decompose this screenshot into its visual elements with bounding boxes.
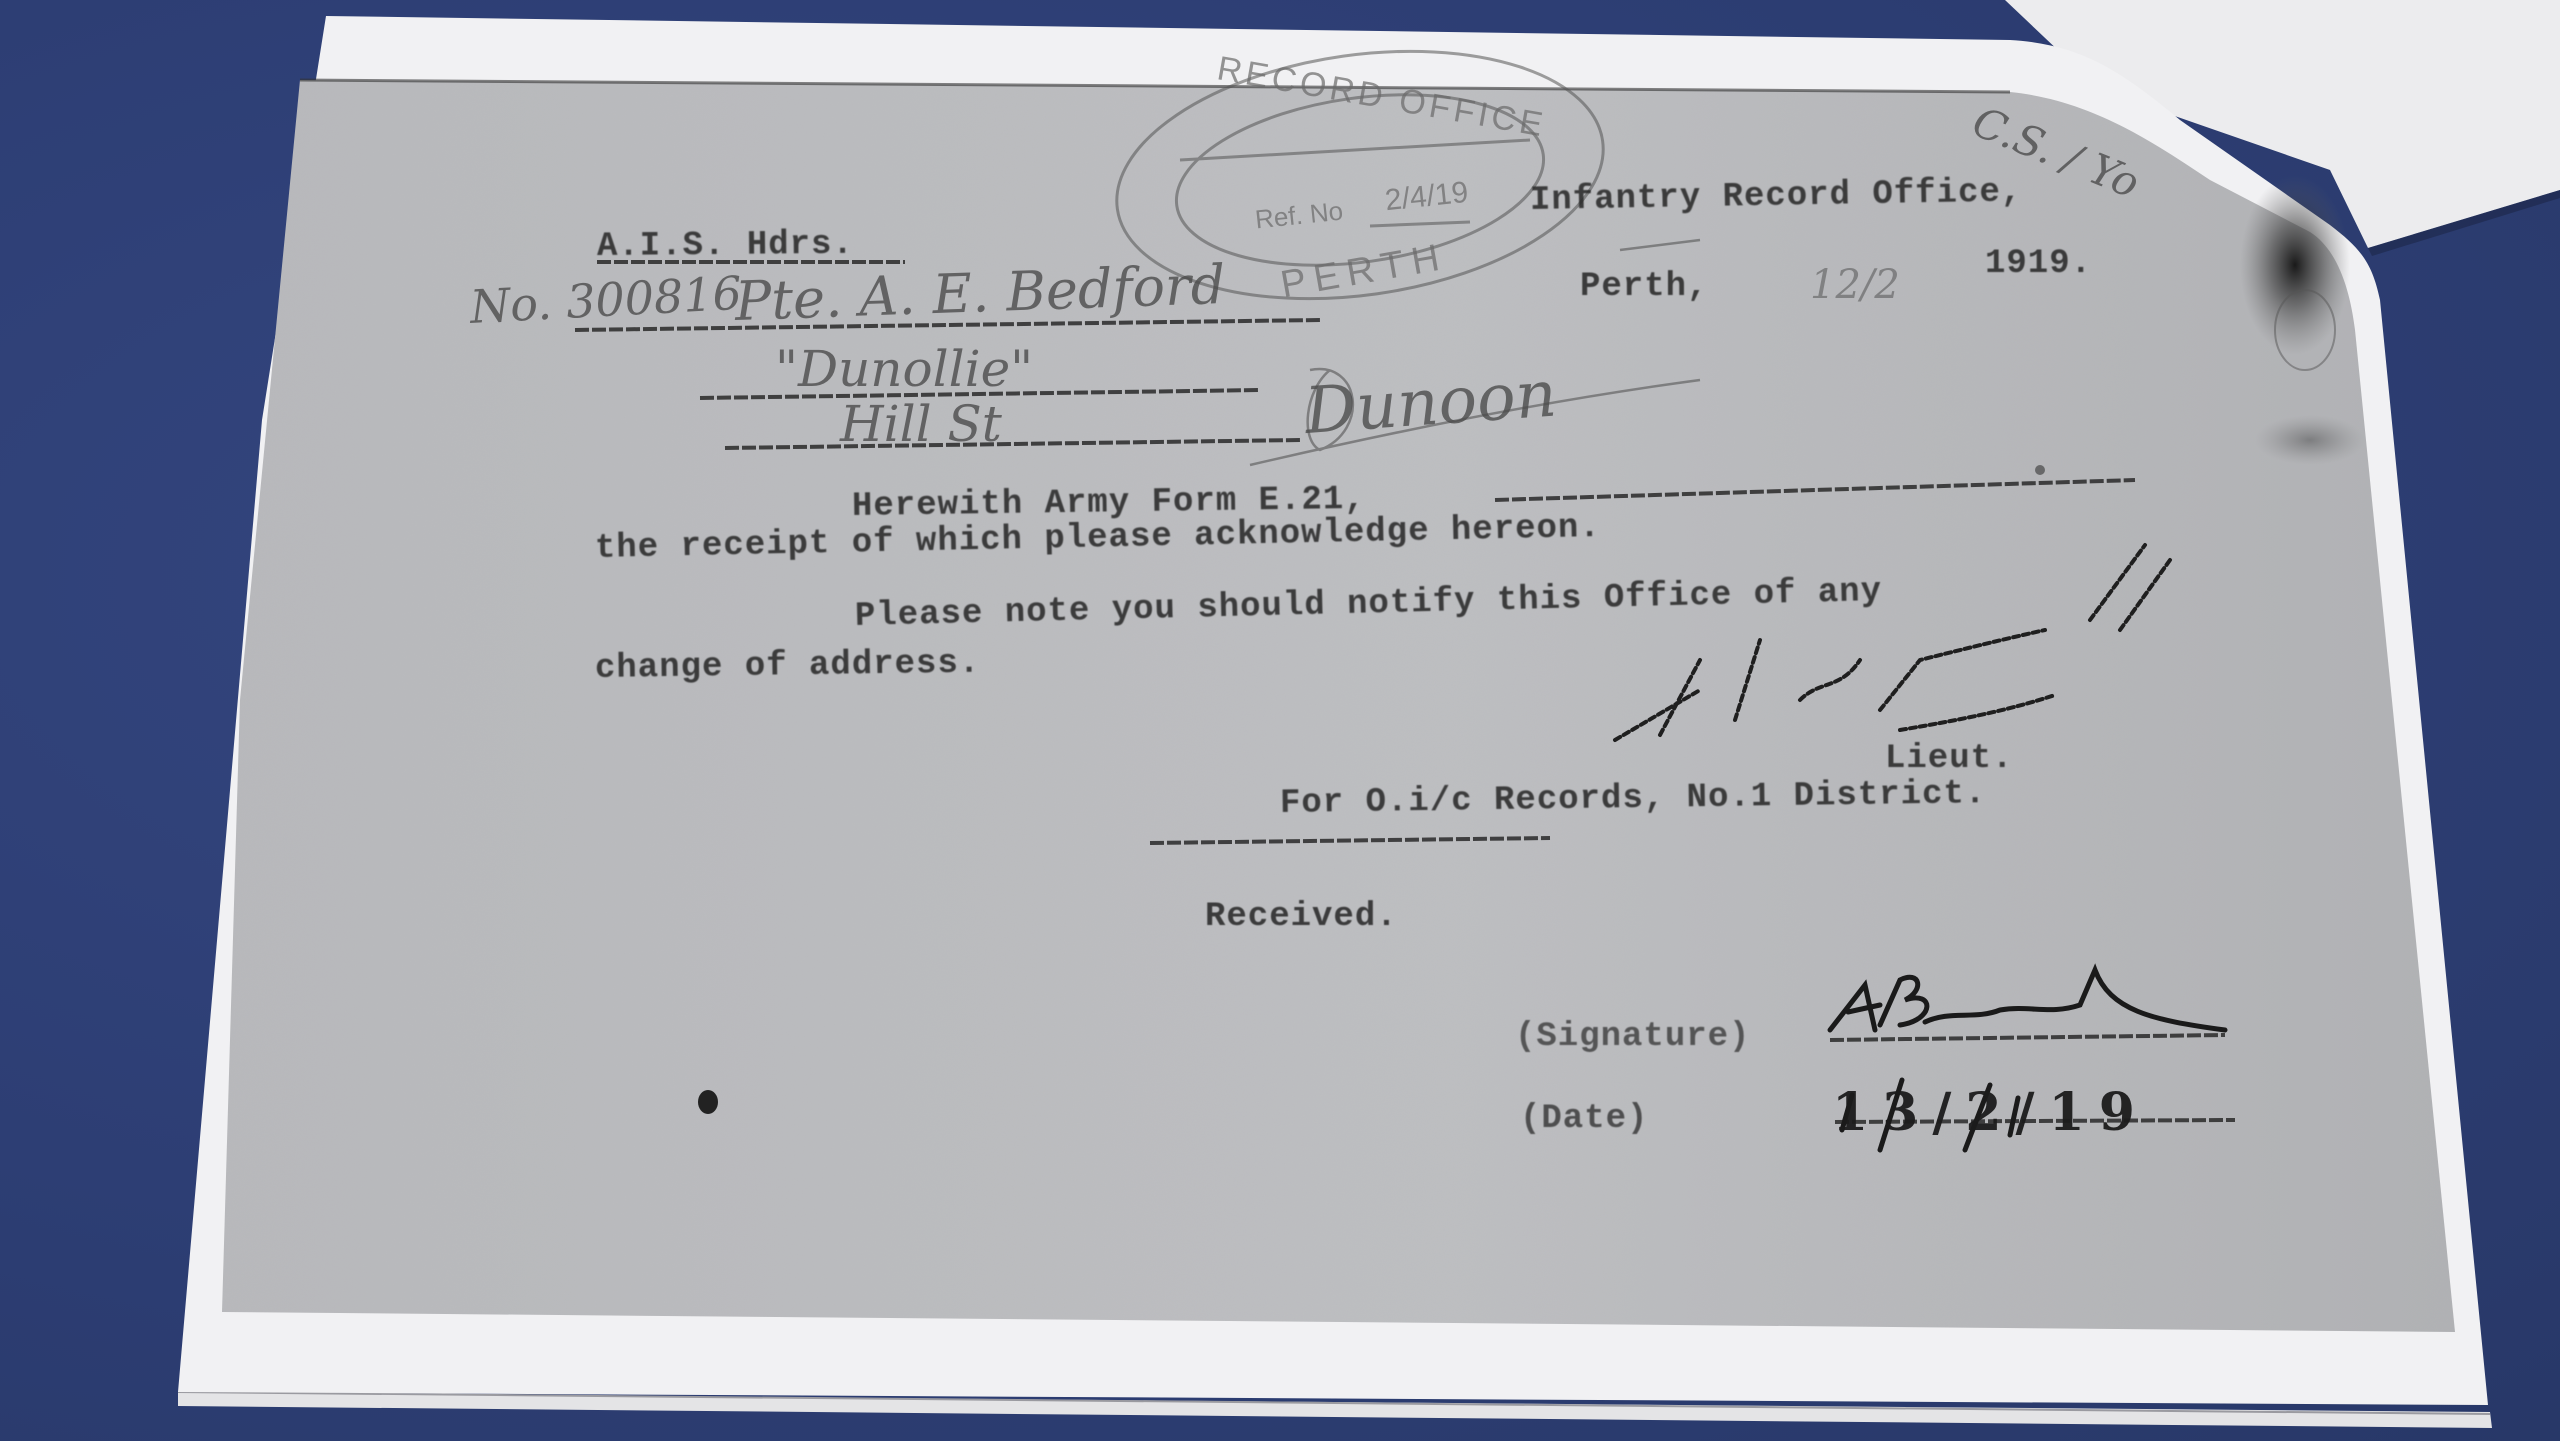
addressee-house: "Dunollie" <box>775 340 1033 398</box>
received-label: Received. <box>1205 898 1398 936</box>
addressee-street: Hill St <box>840 395 1002 453</box>
office-year: 1919. <box>1985 245 2092 283</box>
office-place: Perth, <box>1580 268 1708 306</box>
body-para2-line2: change of address. <box>595 645 981 688</box>
ink-spot <box>698 1090 718 1114</box>
date-label: (Date) <box>1520 1100 1648 1138</box>
date-digits-text: 13/2/19 <box>1832 1082 2149 1143</box>
signature-label: (Signature) <box>1515 1018 1750 1056</box>
addressee-heading: A.I.S. Hdrs. <box>597 226 854 266</box>
officer-rank: Lieut. <box>1885 740 2013 778</box>
receipt-date-digits: 13/2/19 <box>1832 1082 2149 1143</box>
photo-scene: RECORD OFFICE Ref. No 2/4/19 PERTH C.S. … <box>0 0 2560 1441</box>
office-date-handwritten: 12/2 <box>1810 262 1900 308</box>
ink-smudge <box>2240 175 2350 355</box>
